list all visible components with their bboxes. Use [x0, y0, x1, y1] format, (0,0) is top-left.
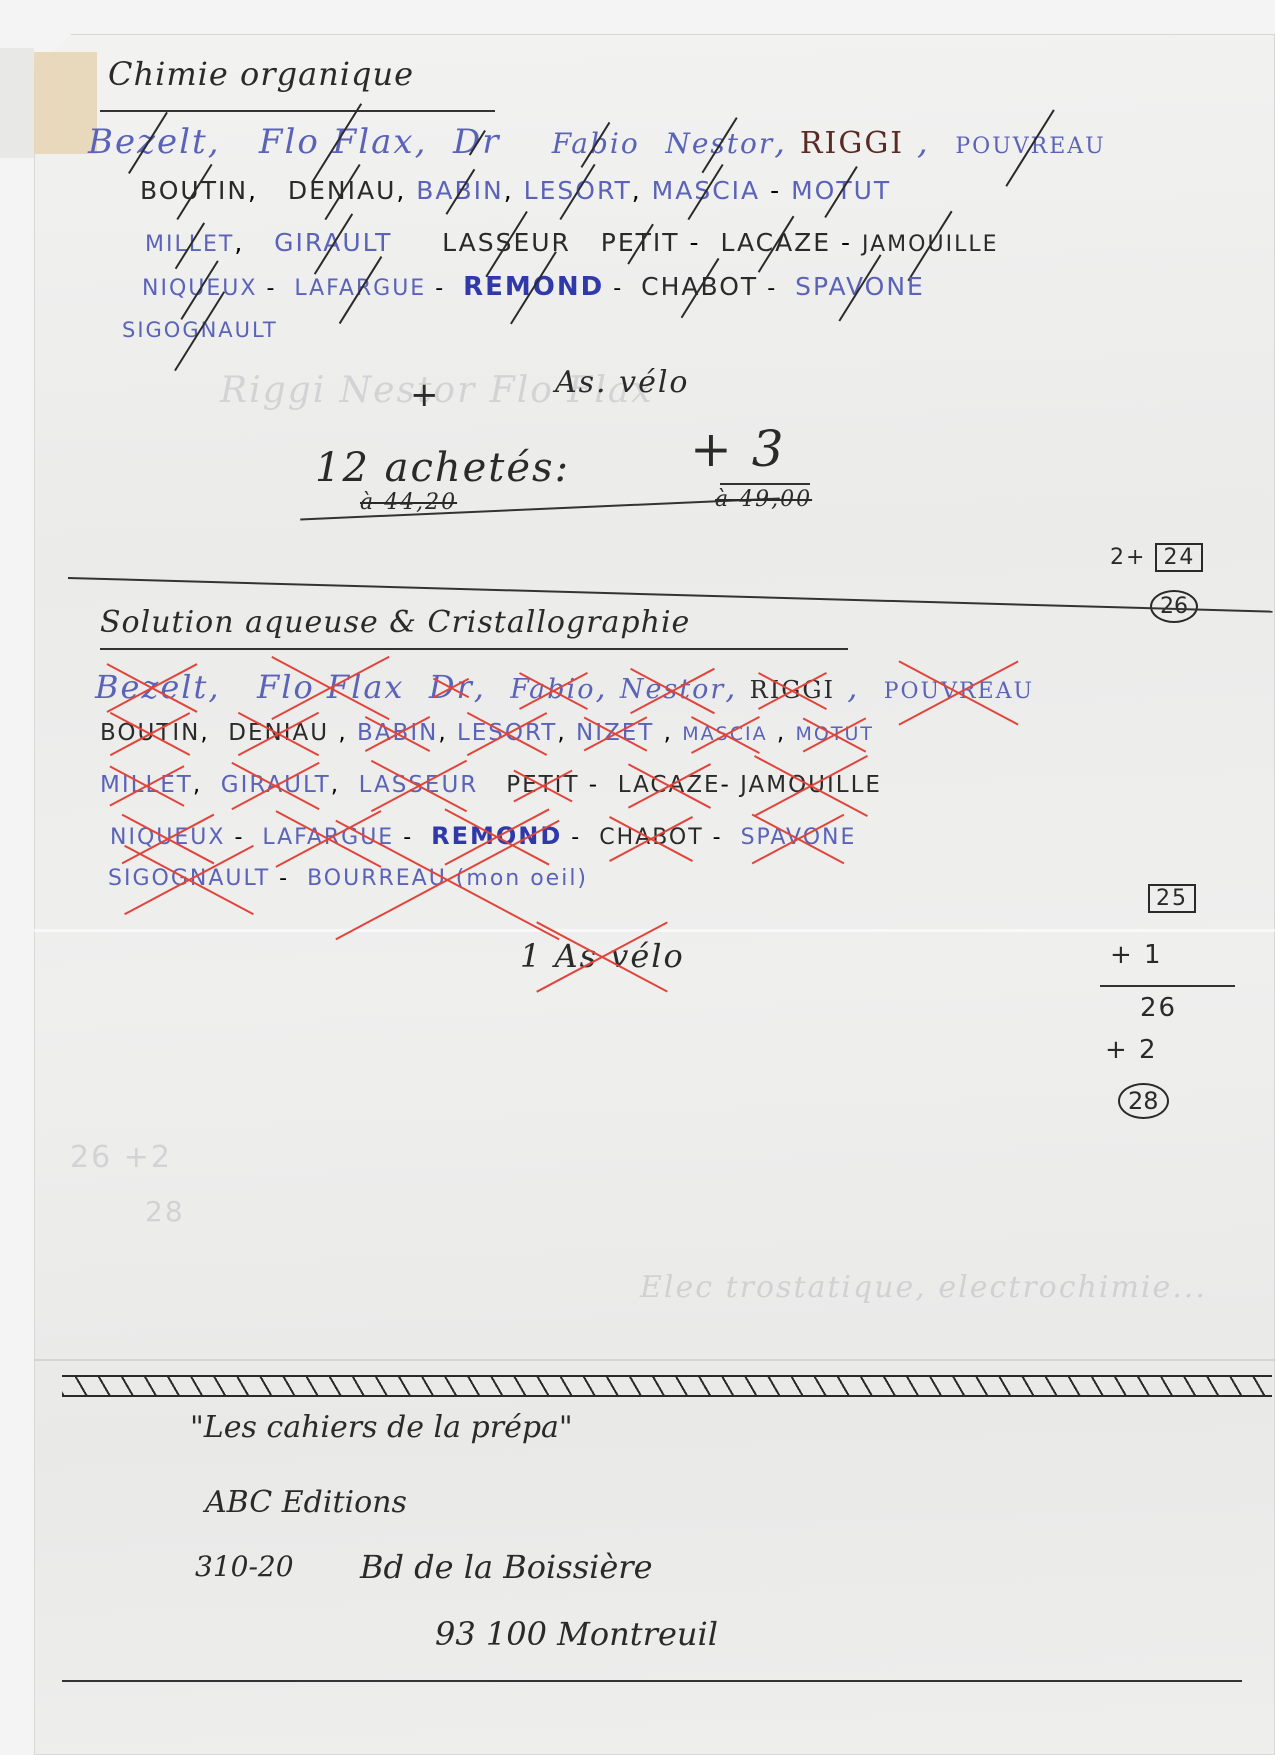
book-title: "Les cahiers de la prépa" [190, 1410, 573, 1445]
calc-plus-one: + 1 [1110, 940, 1163, 970]
bottom-rule [62, 1680, 1242, 1682]
name-row: SIGOGNAULT - BOURREAU (mon oeil) [108, 866, 588, 891]
section-title: Chimie organique [108, 55, 414, 93]
name-row: Bezelt, Flo Flax Dr, Fabio, Nestor, RIGG… [95, 668, 1034, 706]
tally-box: 24 [1155, 543, 1203, 572]
calc-bar [1100, 985, 1235, 987]
calc-total: 28 [1118, 1083, 1169, 1119]
boxed-total: 25 [1148, 884, 1196, 913]
name-row: NIQUEUX - LAFARGUE - REMOND - CHABOT - S… [142, 272, 925, 302]
name-row: BOUTIN, DENIAU , BABIN, LESORT, NIZET , … [100, 720, 874, 746]
street-name: Bd de la Boissière [360, 1548, 653, 1586]
fraction-bar [720, 483, 810, 485]
city: 93 100 Montreuil [435, 1615, 718, 1653]
fold-crease [34, 1359, 1275, 1361]
name-row: NIQUEUX - LAFARGUE - REMOND - CHABOT - S… [110, 822, 856, 850]
bought-count: 12 achetés: [315, 445, 570, 491]
title-underline [100, 648, 848, 650]
name-row: SIGOGNAULT [122, 318, 278, 342]
plus-three-price: à 49,00 [715, 487, 812, 512]
name-row: MILLET, GIRAULT, LASSEUR PETIT - LACAZE-… [100, 772, 882, 798]
title-underline [100, 110, 495, 112]
name-row: Bezelt, Flo Flax, Dr Fabio Nestor, RIGGI… [88, 122, 1106, 162]
plus-sign: + [410, 375, 441, 415]
street-number: 310-20 [195, 1550, 294, 1583]
section-title: Solution aqueuse & Cristallographie [100, 605, 690, 640]
ghost-text: Elec trostatique, electrochimie... [640, 1270, 1207, 1305]
calc-subtotal: 26 [1140, 993, 1177, 1023]
calc-plus-two: + 2 [1105, 1035, 1158, 1065]
hatched-divider [62, 1375, 1272, 1397]
clear-tape [0, 48, 34, 158]
publisher-name: ABC Editions [205, 1485, 407, 1520]
plus-three: + 3 [690, 420, 786, 478]
tally: 2+ 24 [1110, 545, 1203, 570]
name-row: MILLET, GIRAULT LASSEUR PETIT - LACAZE -… [145, 228, 999, 257]
extra-item: As. vélo [555, 365, 690, 400]
ghost-text: 28 [145, 1195, 185, 1228]
ghost-text: 26 +2 [70, 1140, 172, 1175]
name-row: BOUTIN, DENIAU, BABIN, LESORT, MASCIA - … [140, 176, 891, 205]
extra-item: 1 As vélo [520, 937, 685, 975]
